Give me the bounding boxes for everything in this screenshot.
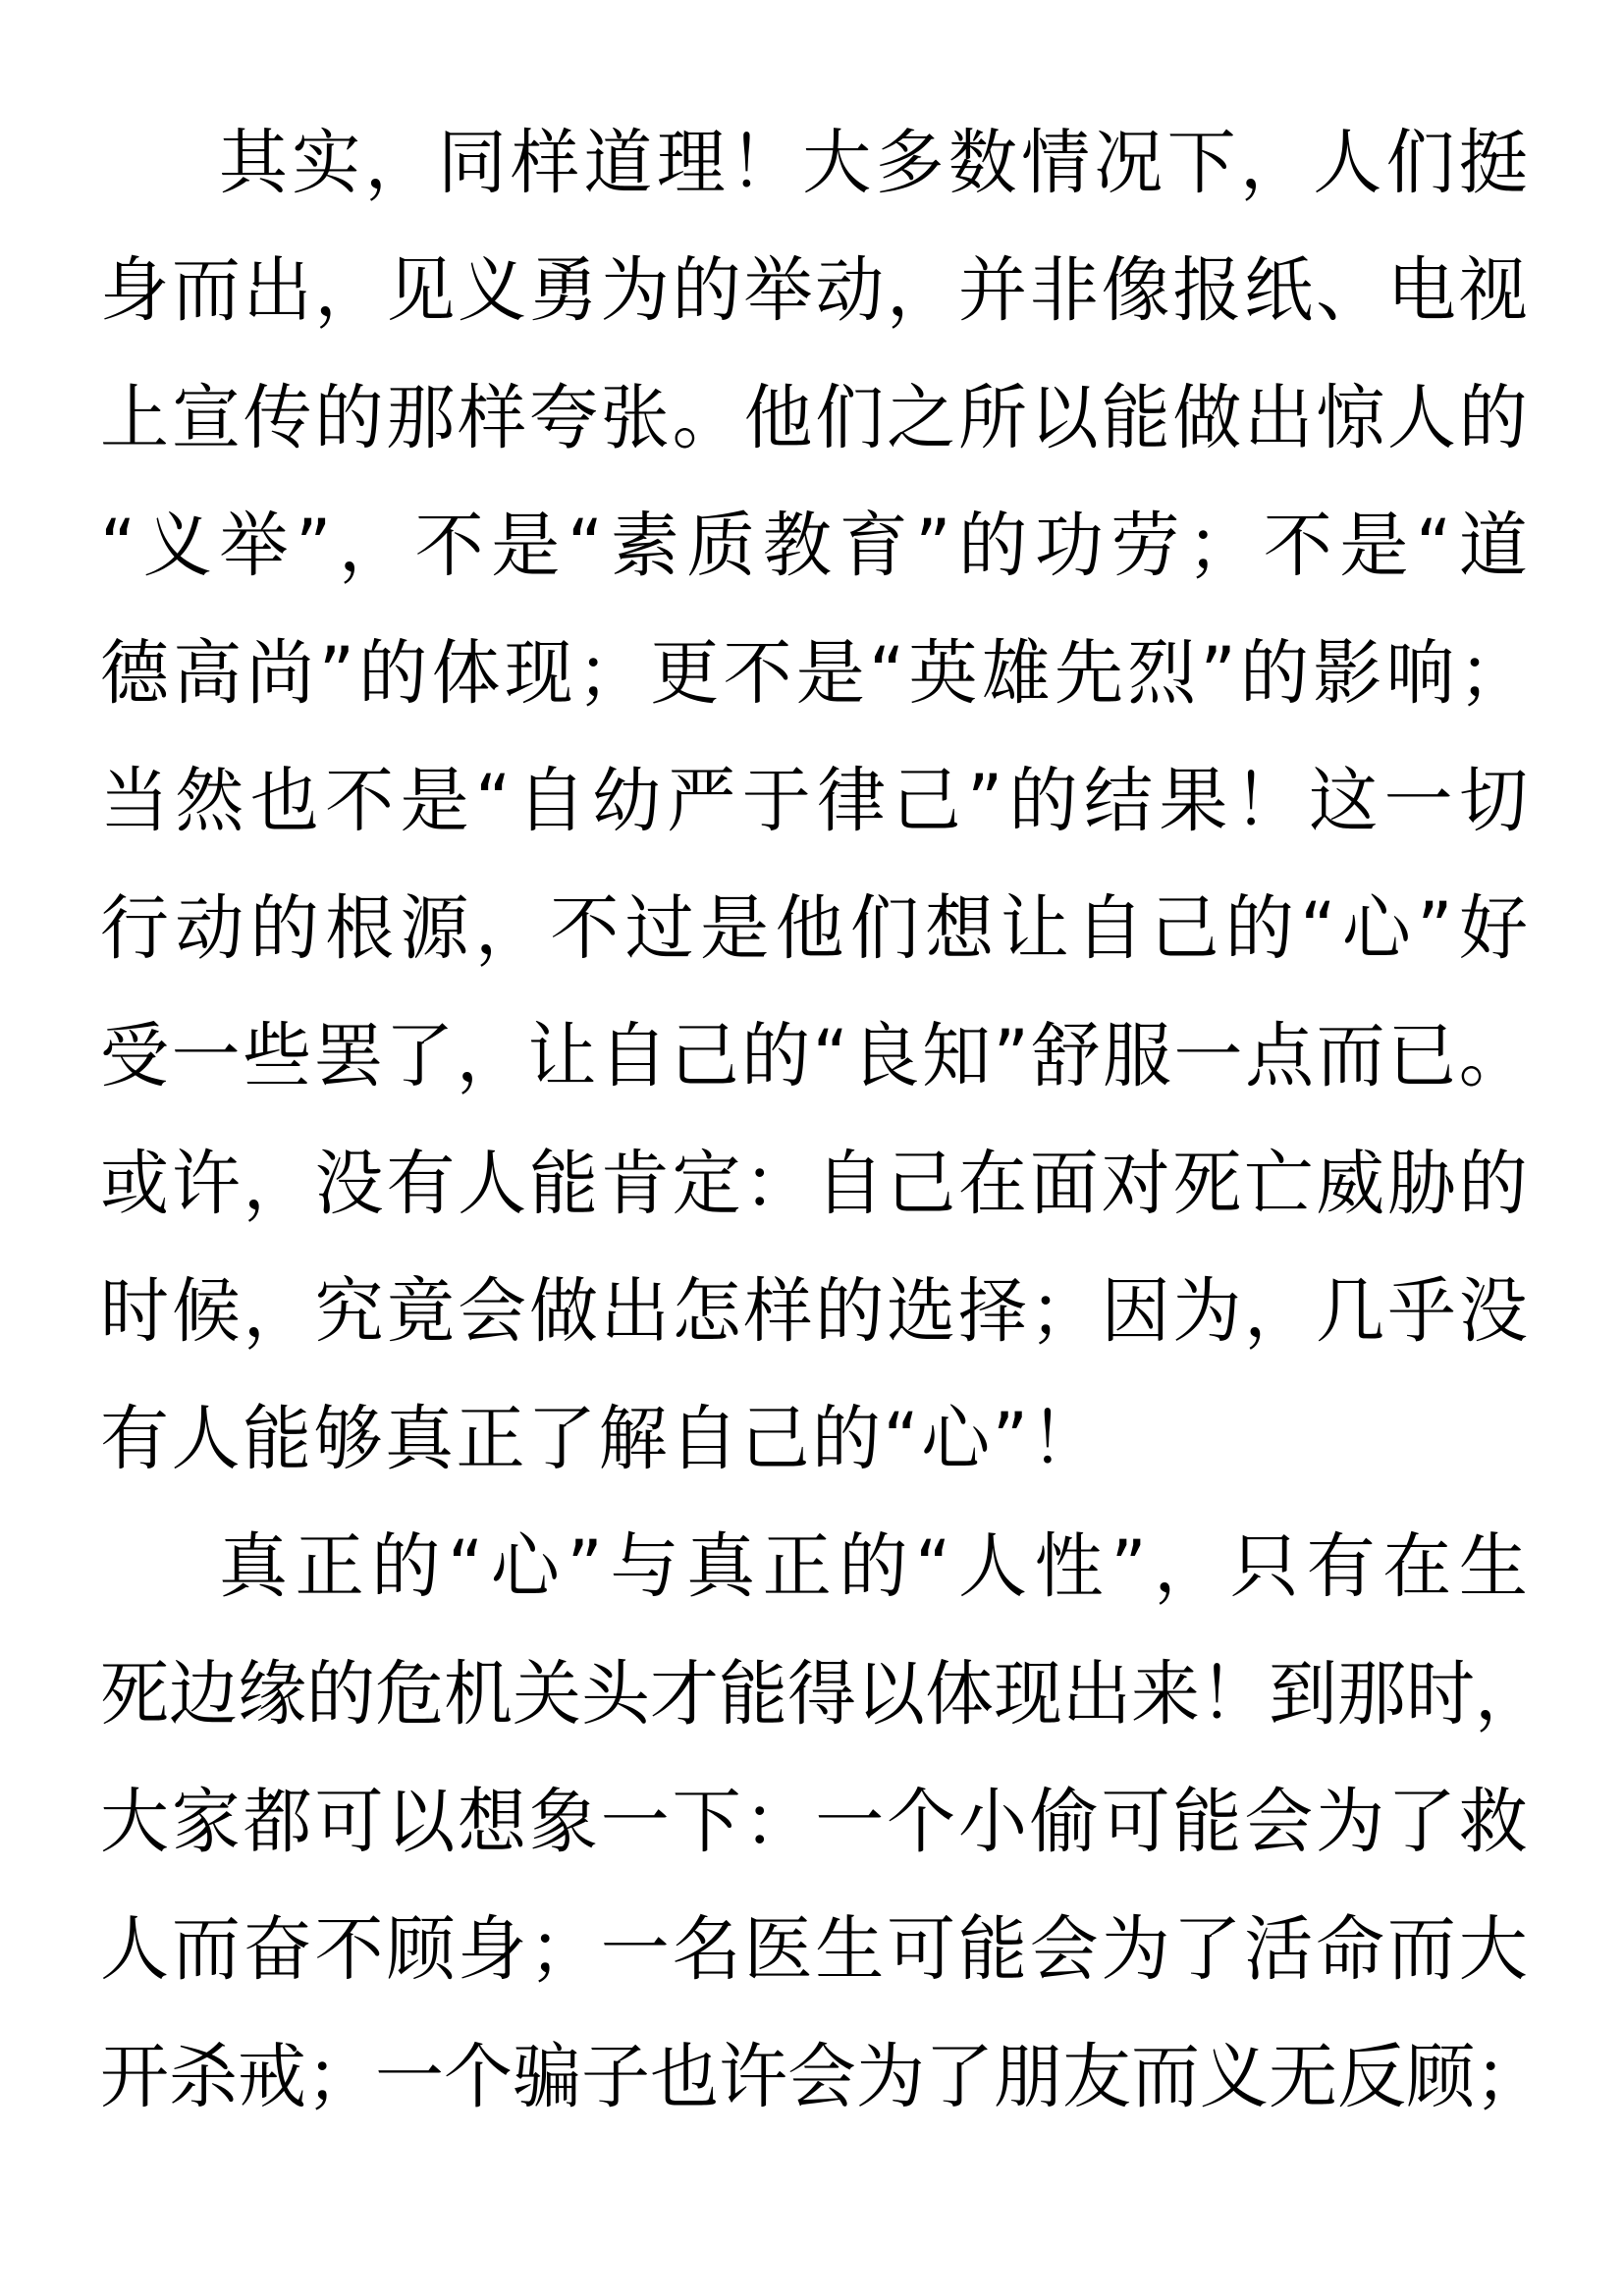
glyph: 情 xyxy=(1021,97,1090,229)
glyph: 而 xyxy=(172,225,241,356)
glyph: 一 xyxy=(1174,990,1243,1122)
glyph: 可 xyxy=(314,1756,383,1888)
glyph: 些 xyxy=(243,990,311,1122)
glyph: 自 xyxy=(599,990,668,1122)
glyph: 心 xyxy=(1342,863,1411,994)
glyph: 果 xyxy=(1159,735,1227,867)
glyph: 幼 xyxy=(592,735,661,867)
glyph: 想 xyxy=(925,863,994,994)
glyph: ， xyxy=(1154,1501,1222,1632)
body-text: 其实，同样道理！大多数情况下，人们挺 身而出，见义勇为的举动，并非像报纸、电视 … xyxy=(100,99,1528,2141)
line-text: 人而奋不顾身；一名医生可能会为了活命而大 xyxy=(100,1884,1528,2015)
glyph: 骗 xyxy=(513,2011,581,2143)
glyph: 会 xyxy=(1244,1756,1313,1888)
glyph: 良 xyxy=(850,990,919,1122)
glyph: 危 xyxy=(375,1629,444,1760)
glyph: 不 xyxy=(415,480,484,612)
glyph: 让 xyxy=(527,990,596,1122)
glyph: “ xyxy=(475,735,511,867)
line-text: 上宣传的那样夸张。他们之所以能做出惊人的 xyxy=(100,352,1528,484)
glyph: ， xyxy=(244,1118,312,1250)
glyph: 样 xyxy=(458,352,526,484)
glyph: ” xyxy=(915,480,950,612)
glyph: ” xyxy=(296,480,331,612)
glyph: 生 xyxy=(1459,1501,1528,1632)
glyph: 个 xyxy=(444,2011,513,2143)
glyph: 乎 xyxy=(1387,1246,1456,1377)
glyph: 人 xyxy=(458,1118,526,1250)
glyph: 己 xyxy=(893,735,961,867)
glyph: 。 xyxy=(673,352,741,484)
glyph: 许 xyxy=(172,1118,241,1250)
glyph: ” xyxy=(1417,863,1452,994)
glyph: 之 xyxy=(887,352,955,484)
glyph: 下 xyxy=(1167,97,1236,229)
glyph: 能 xyxy=(958,1884,1027,2015)
glyph: 而 xyxy=(1387,1884,1456,2015)
paragraph-1-line-2: 身而出，见义勇为的举动，并非像报纸、电视 xyxy=(100,227,1528,354)
glyph: 人 xyxy=(958,1501,1027,1632)
glyph: 动 xyxy=(175,863,244,994)
glyph: 道 xyxy=(1459,480,1528,612)
glyph: 报 xyxy=(1172,225,1241,356)
glyph: “ xyxy=(813,990,848,1122)
glyph: 亡 xyxy=(1244,1118,1313,1250)
glyph: 戒 xyxy=(238,2011,306,2143)
glyph: 质 xyxy=(686,480,755,612)
glyph: “ xyxy=(915,1501,950,1632)
glyph: ” xyxy=(319,608,354,739)
glyph: 烈 xyxy=(1127,608,1196,739)
glyph: 死 xyxy=(1172,1118,1241,1250)
glyph: 在 xyxy=(958,1118,1027,1250)
glyph: ； xyxy=(306,2011,375,2143)
glyph: 自 xyxy=(517,735,586,867)
glyph: 为 xyxy=(1102,1884,1170,2015)
glyph: 义 xyxy=(143,480,212,612)
glyph: 奋 xyxy=(244,1884,312,2015)
glyph: 或 xyxy=(100,1118,169,1250)
glyph: 律 xyxy=(817,735,886,867)
line-text: 死边缘的危机关头才能得以体现出来！到那时， xyxy=(100,1629,1528,1760)
glyph: 究 xyxy=(314,1246,383,1377)
glyph: 顾 xyxy=(1406,2011,1475,2143)
glyph: 人 xyxy=(100,1884,169,2015)
glyph: 的 xyxy=(673,225,741,356)
glyph: 为 xyxy=(1316,1756,1384,1888)
glyph: 为 xyxy=(1172,1246,1241,1377)
glyph: 以 xyxy=(386,1756,455,1888)
line-text: 时候，究竟会做出怎样的选择；因为，几乎没 xyxy=(100,1246,1528,1377)
glyph: ， xyxy=(457,990,525,1122)
glyph: 缘 xyxy=(238,1629,306,1760)
glyph: 正 xyxy=(296,1501,364,1632)
glyph: 己 xyxy=(671,990,739,1122)
glyph: 杀 xyxy=(169,2011,238,2143)
glyph: 只 xyxy=(1230,1501,1299,1632)
glyph: 的 xyxy=(306,1629,375,1760)
glyph: 下 xyxy=(673,1756,741,1888)
glyph: 身 xyxy=(100,225,169,356)
glyph: 样 xyxy=(511,97,579,229)
glyph: ” xyxy=(967,735,1002,867)
glyph: 的 xyxy=(741,990,810,1122)
glyph: ， xyxy=(1240,97,1309,229)
document-page: 其实，同样道理！大多数情况下，人们挺 身而出，见义勇为的举动，并非像报纸、电视 … xyxy=(0,0,1624,2296)
glyph: 英 xyxy=(909,608,978,739)
glyph: 了 xyxy=(385,990,454,1122)
glyph: 张 xyxy=(601,352,670,484)
line-text: 其实，同样道理！大多数情况下，人们挺 xyxy=(219,97,1528,229)
glyph: 有 xyxy=(1307,1501,1376,1632)
glyph: 挺 xyxy=(1459,97,1528,229)
glyph: 尚 xyxy=(246,608,315,739)
glyph: 传 xyxy=(244,352,312,484)
glyph: 真 xyxy=(686,1501,755,1632)
glyph: 了 xyxy=(1387,1756,1456,1888)
paragraph-1-line-6: 当然也不是“自幼严于律己”的结果！这一切 xyxy=(100,737,1528,865)
glyph: 是 xyxy=(491,480,560,612)
glyph: 怎 xyxy=(673,1246,741,1377)
glyph: 惊 xyxy=(1316,352,1384,484)
glyph: 非 xyxy=(1030,225,1099,356)
glyph: ； xyxy=(577,608,646,739)
glyph: 的 xyxy=(1009,735,1078,867)
glyph: 已 xyxy=(1387,990,1456,1122)
glyph: 一 xyxy=(375,2011,444,2143)
line-text: 或许，没有人能肯定：自己在面对死亡威胁的 xyxy=(100,1118,1528,1250)
glyph: 切 xyxy=(1459,735,1528,867)
glyph: 小 xyxy=(958,1756,1027,1888)
glyph: 德 xyxy=(100,608,169,739)
glyph: 一 xyxy=(1384,735,1453,867)
glyph: 会 xyxy=(458,1246,526,1377)
glyph: ， xyxy=(887,225,955,356)
glyph: 的 xyxy=(314,352,383,484)
glyph: 也 xyxy=(650,2011,719,2143)
glyph: 一 xyxy=(601,1884,670,2015)
glyph: 举 xyxy=(220,480,289,612)
paragraph-2-line-1: 真正的“心”与真正的“人性”，只有在生 xyxy=(100,1503,1528,1630)
paragraph-2-line-4: 人而奋不顾身；一名医生可能会为了活命而大 xyxy=(100,1886,1528,2013)
glyph: 然 xyxy=(175,735,244,867)
glyph: 育 xyxy=(839,480,908,612)
glyph: 的 xyxy=(1459,352,1528,484)
glyph: 动 xyxy=(815,225,884,356)
glyph: 医 xyxy=(743,1884,812,2015)
paragraph-2-line-3: 大家都可以想象一下：一个小偷可能会为了救 xyxy=(100,1758,1528,1886)
glyph: 偷 xyxy=(1030,1756,1099,1888)
line-text: 真正的“心”与真正的“人性”，只有在生 xyxy=(219,1501,1528,1632)
glyph: 竟 xyxy=(386,1246,455,1377)
glyph: 一 xyxy=(601,1756,670,1888)
glyph: 会 xyxy=(1030,1884,1099,2015)
glyph: 的 xyxy=(371,1501,440,1632)
glyph: 行 xyxy=(100,863,169,994)
glyph: 那 xyxy=(386,352,455,484)
glyph: 影 xyxy=(1313,608,1381,739)
glyph: 素 xyxy=(611,480,679,612)
glyph: 顾 xyxy=(386,1884,455,2015)
glyph: 能 xyxy=(719,1629,787,1760)
glyph: ； xyxy=(1459,608,1528,739)
glyph: 为 xyxy=(601,225,670,356)
glyph: 现 xyxy=(994,1629,1062,1760)
glyph: 能 xyxy=(1102,352,1170,484)
glyph: 其 xyxy=(219,97,288,229)
glyph: 想 xyxy=(458,1756,526,1888)
glyph: 当 xyxy=(100,735,169,867)
glyph: 为 xyxy=(856,2011,925,2143)
glyph: 正 xyxy=(763,1501,832,1632)
glyph: 几 xyxy=(1316,1246,1384,1377)
glyph: 定 xyxy=(673,1118,741,1250)
glyph: 朋 xyxy=(994,2011,1062,2143)
glyph: 没 xyxy=(314,1118,383,1250)
glyph: ” xyxy=(1110,1501,1146,1632)
glyph: 死 xyxy=(100,1629,169,1760)
glyph: 教 xyxy=(763,480,832,612)
glyph: 开 xyxy=(100,2011,169,2143)
glyph: 宣 xyxy=(172,352,241,484)
glyph: 知 xyxy=(922,990,991,1122)
glyph: 是 xyxy=(700,863,769,994)
glyph: 根 xyxy=(325,863,394,994)
glyph: 的 xyxy=(958,480,1027,612)
glyph: 来 xyxy=(1131,1629,1200,1760)
glyph: 同 xyxy=(438,97,507,229)
glyph: 夸 xyxy=(529,352,598,484)
glyph: 时 xyxy=(100,1246,169,1377)
glyph: 不 xyxy=(1264,480,1332,612)
glyph: 己 xyxy=(1150,863,1218,994)
glyph: 家 xyxy=(172,1756,241,1888)
glyph: 的 xyxy=(1225,863,1294,994)
glyph: 的 xyxy=(1240,608,1309,739)
glyph: 以 xyxy=(856,1629,925,1760)
glyph: 命 xyxy=(1316,1884,1384,2015)
glyph: 边 xyxy=(169,1629,238,1760)
glyph: 胁 xyxy=(1387,1118,1456,1250)
glyph: 到 xyxy=(1269,1629,1337,1760)
glyph: ， xyxy=(365,97,434,229)
glyph: 更 xyxy=(650,608,719,739)
glyph: 无 xyxy=(1269,2011,1337,2143)
glyph: 样 xyxy=(743,1246,812,1377)
glyph: 的 xyxy=(358,608,427,739)
glyph: 多 xyxy=(876,97,945,229)
glyph: 能 xyxy=(1172,1756,1241,1888)
glyph: 与 xyxy=(610,1501,678,1632)
glyph: ； xyxy=(529,1884,598,2015)
glyph: 是 xyxy=(1339,480,1408,612)
line-text: 身而出，见义勇为的举动，并非像报纸、电视 xyxy=(100,225,1528,356)
glyph: 身 xyxy=(458,1884,526,2015)
paragraph-1-line-1: 其实，同样道理！大多数情况下，人们挺 xyxy=(100,99,1528,227)
paragraph-1-line-5: 德高尚”的体现；更不是“英雄先烈”的影响； xyxy=(100,610,1528,737)
line-text: “义举”，不是“素质教育”的功劳；不是“道 xyxy=(100,480,1528,612)
glyph: 性 xyxy=(1035,1501,1104,1632)
glyph: 都 xyxy=(244,1756,312,1888)
glyph: 实 xyxy=(292,97,360,229)
glyph: 不 xyxy=(314,1884,383,2015)
glyph: 体 xyxy=(432,608,501,739)
glyph: 并 xyxy=(958,225,1027,356)
glyph: 勇 xyxy=(529,225,598,356)
glyph: 义 xyxy=(458,225,526,356)
glyph: ” xyxy=(1201,608,1236,739)
paragraph-1-line-11: 有人能够真正了解自己的“心”！ xyxy=(100,1375,1528,1503)
glyph: 友 xyxy=(1062,2011,1131,2143)
glyph: ： xyxy=(743,1118,812,1250)
glyph: 头 xyxy=(581,1629,650,1760)
glyph: 出 xyxy=(1244,352,1313,484)
glyph: 能 xyxy=(529,1118,598,1250)
glyph: 响 xyxy=(1386,608,1455,739)
glyph: 舒 xyxy=(1031,990,1100,1122)
glyph: 了 xyxy=(925,2011,994,2143)
glyph: “ xyxy=(869,608,904,739)
glyph: 现 xyxy=(505,608,573,739)
glyph: ， xyxy=(339,480,407,612)
glyph: 在 xyxy=(1382,1501,1451,1632)
paragraph-1-line-8: 受一些罢了，让自己的“良知”舒服一点而已。 xyxy=(100,992,1528,1120)
glyph: 举 xyxy=(743,225,812,356)
glyph: 做 xyxy=(529,1246,598,1377)
glyph: ， xyxy=(314,225,383,356)
glyph: 点 xyxy=(1245,990,1314,1122)
glyph: 让 xyxy=(1001,863,1069,994)
glyph: 先 xyxy=(1055,608,1123,739)
glyph: 大 xyxy=(1459,1884,1528,2015)
glyph: 自 xyxy=(1075,863,1144,994)
glyph: ！ xyxy=(1234,735,1303,867)
glyph: 因 xyxy=(1102,1246,1170,1377)
glyph: 他 xyxy=(743,352,812,484)
glyph: 名 xyxy=(673,1884,741,2015)
glyph: 受 xyxy=(100,990,169,1122)
paragraph-1-line-9: 或许，没有人能肯定：自己在面对死亡威胁的 xyxy=(100,1120,1528,1248)
glyph: ： xyxy=(743,1756,812,1888)
glyph: 反 xyxy=(1337,2011,1406,2143)
glyph: 是 xyxy=(796,608,865,739)
glyph: 才 xyxy=(650,1629,719,1760)
glyph: 己 xyxy=(887,1118,955,1250)
glyph: 得 xyxy=(787,1629,856,1760)
glyph: 这 xyxy=(1309,735,1378,867)
glyph: 大 xyxy=(100,1756,169,1888)
glyph: ， xyxy=(475,863,544,994)
glyph: 择 xyxy=(958,1246,1027,1377)
glyph: 不 xyxy=(550,863,619,994)
glyph: 义 xyxy=(1200,2011,1269,2143)
glyph: 好 xyxy=(1459,863,1528,994)
line-text: 德高尚”的体现；更不是“英雄先烈”的影响； xyxy=(100,608,1528,739)
glyph: 生 xyxy=(815,1884,884,2015)
glyph: 电 xyxy=(1387,225,1456,356)
glyph: 的 xyxy=(1459,1118,1528,1250)
glyph: 过 xyxy=(625,863,694,994)
glyph: 肯 xyxy=(601,1118,670,1250)
paragraph-2-line-5: 开杀戒；一个骗子也许会为了朋友而义无反顾； xyxy=(100,2013,1528,2141)
glyph: 关 xyxy=(513,1629,581,1760)
paragraph-2-line-2: 死边缘的危机关头才能得以体现出来！到那时， xyxy=(100,1630,1528,1758)
glyph: 道 xyxy=(583,97,652,229)
glyph: 、 xyxy=(1316,225,1384,356)
glyph: “ xyxy=(568,480,603,612)
glyph: 出 xyxy=(601,1246,670,1377)
glyph: 结 xyxy=(1084,735,1153,867)
glyph: 服 xyxy=(1103,990,1171,1122)
glyph: 功 xyxy=(1035,480,1104,612)
glyph: ” xyxy=(994,990,1029,1122)
glyph: 的 xyxy=(250,863,319,994)
glyph: 视 xyxy=(1459,225,1528,356)
glyph: ； xyxy=(1030,1246,1099,1377)
glyph: 的 xyxy=(815,1246,884,1377)
glyph: 以 xyxy=(1030,352,1099,484)
glyph: 大 xyxy=(802,97,871,229)
glyph: 纸 xyxy=(1244,225,1313,356)
glyph: 威 xyxy=(1316,1118,1384,1250)
glyph: 会 xyxy=(787,2011,856,2143)
line-text: 有人能够真正了解自己的“心”！ xyxy=(100,1373,1528,1505)
glyph: 的 xyxy=(839,1501,907,1632)
glyph: 面 xyxy=(1030,1118,1099,1250)
glyph: 出 xyxy=(1062,1629,1131,1760)
line-text: 当然也不是“自幼严于律己”的结果！这一切 xyxy=(100,735,1528,867)
glyph: ， xyxy=(1475,1629,1543,1760)
glyph: 救 xyxy=(1459,1756,1528,1888)
glyph: 不 xyxy=(325,735,394,867)
glyph: 们 xyxy=(815,352,884,484)
paragraph-1-line-10: 时候，究竟会做出怎样的选择；因为，几乎没 xyxy=(100,1248,1528,1375)
line-text: 受一些罢了，让自己的“良知”舒服一点而已。 xyxy=(100,990,1528,1122)
glyph: “ xyxy=(1416,480,1451,612)
glyph: 许 xyxy=(719,2011,787,2143)
glyph: 人 xyxy=(1313,97,1381,229)
glyph: 一 xyxy=(172,990,241,1122)
glyph: 而 xyxy=(1317,990,1385,1122)
glyph: 候 xyxy=(172,1246,241,1377)
glyph: 了 xyxy=(1172,1884,1241,2015)
glyph: 个 xyxy=(887,1756,955,1888)
glyph: ” xyxy=(568,1501,603,1632)
glyph: 数 xyxy=(948,97,1017,229)
glyph: 。 xyxy=(1459,990,1528,1122)
glyph: 高 xyxy=(173,608,242,739)
glyph: 源 xyxy=(401,863,469,994)
glyph: 心 xyxy=(491,1501,560,1632)
glyph: 而 xyxy=(172,1884,241,2015)
glyph: 有 xyxy=(386,1118,455,1250)
paragraph-1-line-4: “义举”，不是“素质教育”的功劳；不是“道 xyxy=(100,482,1528,610)
glyph: 不 xyxy=(724,608,792,739)
glyph: “ xyxy=(100,480,135,612)
glyph: 他 xyxy=(776,863,844,994)
glyph: “ xyxy=(1300,863,1335,994)
glyph: 劳 xyxy=(1110,480,1179,612)
glyph: 见 xyxy=(386,225,455,356)
glyph: 们 xyxy=(850,863,919,994)
glyph: 况 xyxy=(1094,97,1163,229)
glyph: 上 xyxy=(100,352,169,484)
glyph: 所 xyxy=(958,352,1027,484)
paragraph-1-line-7: 行动的根源，不过是他们想让自己的“心”好 xyxy=(100,865,1528,992)
glyph: 时 xyxy=(1406,1629,1475,1760)
glyph: 体 xyxy=(925,1629,994,1760)
glyph: 机 xyxy=(444,1629,513,1760)
